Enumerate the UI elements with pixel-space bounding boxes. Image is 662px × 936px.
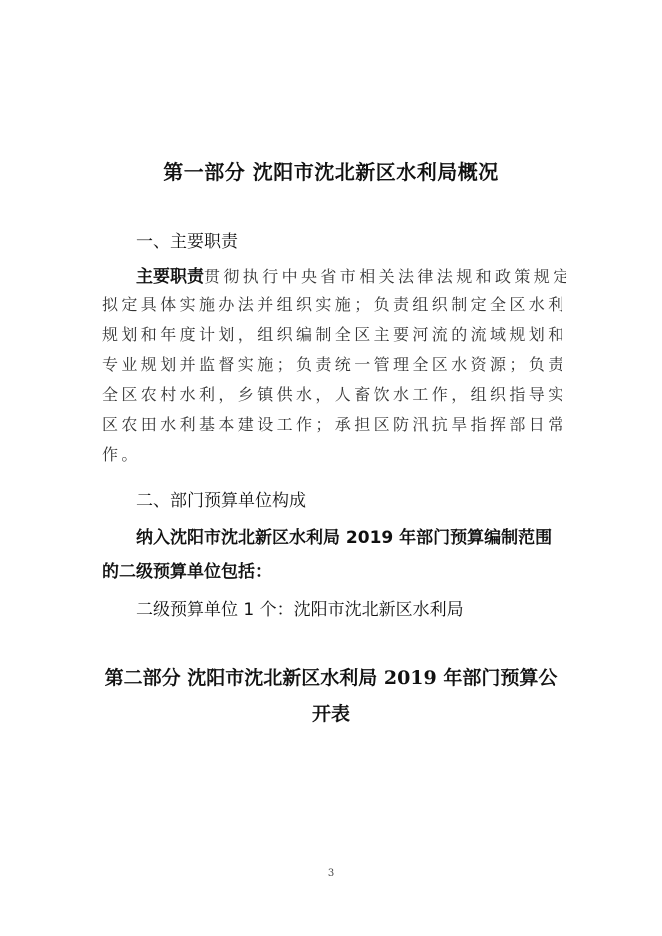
part2-title-line-2: 开表 — [0, 699, 662, 726]
part1-title: 第一部分 沈阳市沈北新区水利局概况 — [0, 156, 662, 185]
page-number: 3 — [0, 868, 662, 879]
part2-title-line-1: 第二部分 沈阳市沈北新区水利局 2019 年部门预算公 — [0, 663, 662, 690]
body-line-5: 全区农村水利，乡镇供水，人畜饮水工作，组织指导实施全 — [102, 382, 562, 405]
budget-scope-line-2: 的二级预算单位包括： — [102, 557, 272, 582]
document-page: 第一部分 沈阳市沈北新区水利局概况 一、主要职责 主要职责贯彻执行中央省市相关法… — [0, 0, 662, 936]
body-line-7: 作。 — [102, 442, 562, 465]
section2-heading: 二、部门预算单位构成 — [136, 486, 306, 511]
body-line-3: 规划和年度计划，组织编制全区主要河流的流域规划和有关 — [102, 322, 562, 345]
secondary-unit-line: 二级预算单位 1 个：沈阳市沈北新区水利局 — [136, 595, 464, 620]
body-line-2: 拟定具体实施办法并组织实施；负责组织制定全区水利发展 — [102, 292, 562, 315]
section1-heading: 一、主要职责 — [136, 227, 238, 252]
body-text: 贯彻执行中央省市相关法律法规和政策规定， — [204, 267, 566, 286]
budget-scope-line-1: 纳入沈阳市沈北新区水利局 2019 年部门预算编制范围 — [136, 523, 552, 548]
body-line-6: 区农田水利基本建设工作；承担区防汛抗旱指挥部日常工 — [102, 412, 562, 435]
body-line-4: 专业规划并监督实施；负责统一管理全区水资源；负责指导 — [102, 352, 562, 375]
lead-bold-text: 主要职责 — [136, 267, 204, 287]
body-line-1: 主要职责贯彻执行中央省市相关法律法规和政策规定， — [136, 262, 566, 287]
